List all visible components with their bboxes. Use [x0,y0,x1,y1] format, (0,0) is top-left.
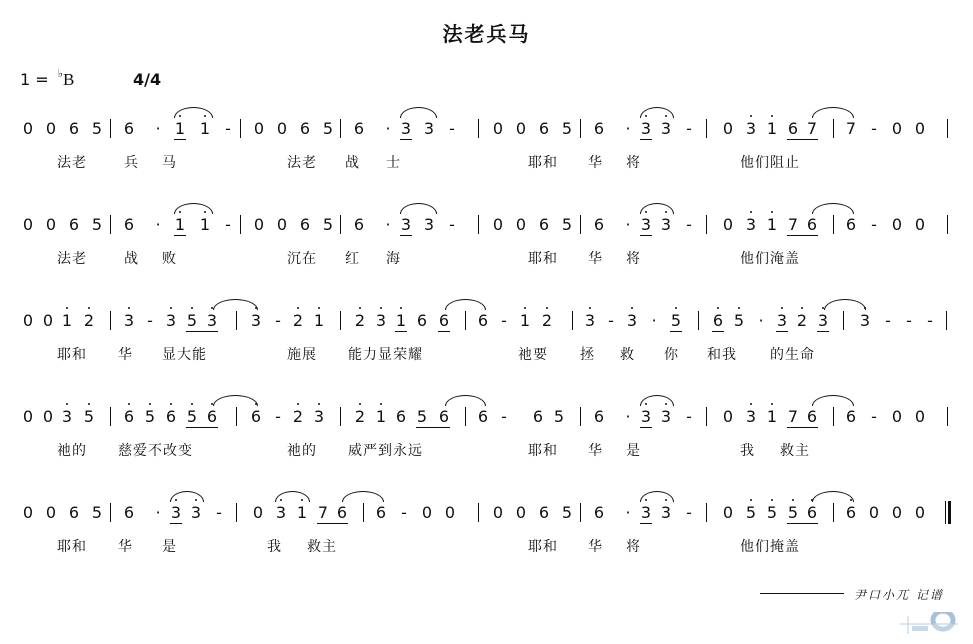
lyric: 红 [345,248,360,268]
octave-up-dot-icon [170,403,172,405]
note-value: 0 [254,119,264,138]
note: 3 [250,312,262,330]
barline [478,503,479,522]
note-value: - [686,215,692,234]
note-value: 0 [723,119,733,138]
note: 5 [416,408,428,426]
lyric: 的生命 [770,344,815,364]
note-value: 5 [187,407,197,426]
note-value: - [275,407,281,426]
note-value: 3 [401,215,411,234]
note-value: 1 [200,119,210,138]
octave-up-dot-icon [359,307,361,309]
note-value: 5 [92,215,102,234]
note-value: - [225,119,231,138]
key-prefix: 1 = [20,70,54,89]
note-value: - [147,311,153,330]
tie-slur-icon [640,107,674,118]
tie-slur-icon [640,203,674,214]
note: 1 [766,408,778,426]
note-value: 5 [767,503,777,522]
eighth-underline [174,139,186,140]
lyric: 祂的 [57,440,87,460]
note-value: 3 [746,119,756,138]
note: 5 [322,216,334,234]
octave-up-dot-icon [359,403,361,405]
lyric: 耶和 [528,152,558,172]
note: 0 [722,216,734,234]
note: 6 [806,216,818,234]
barline [478,215,479,234]
note: 6 [353,216,365,234]
note: 0 [914,408,926,426]
note: 0 [722,504,734,522]
eighth-underline [395,331,407,332]
note-value: 3 [661,119,671,138]
octave-up-dot-icon [738,307,740,309]
note-value: 6 [807,503,817,522]
note: 0 [722,120,734,138]
note-value: 5 [92,119,102,138]
barline [706,407,707,426]
note-value: 6 [594,119,604,138]
note-value: 6 [439,311,449,330]
note-value: 0 [723,503,733,522]
note: 5 [561,216,573,234]
note: 0 [914,216,926,234]
note-value: - [449,215,455,234]
dot-mark: · [152,504,164,522]
note-value: 6 [478,407,488,426]
octave-up-dot-icon [589,307,591,309]
note-value: · [651,311,656,330]
note: 0 [22,216,34,234]
note: 6 [250,408,262,426]
note: 0 [914,504,926,522]
note-value: · [385,119,390,138]
tie-slur-icon [174,107,213,118]
note: 0 [492,120,504,138]
note: 1 [395,312,407,330]
note: 6 [68,504,80,522]
beam-underline [317,523,348,524]
note: 6 [353,120,365,138]
lyric: 海 [386,248,401,268]
octave-up-dot-icon [128,307,130,309]
note: 1 [375,408,387,426]
sustain-dash: - [213,504,225,522]
note: 0 [42,312,54,330]
note-value: 5 [187,311,197,330]
note-value: 0 [516,215,526,234]
octave-up-dot-icon [66,403,68,405]
note-value: 6 [354,119,364,138]
note-value: 6 [807,407,817,426]
note: 6 [593,120,605,138]
note-value: - [885,311,891,330]
note-value: 6 [594,407,604,426]
note-value: 5 [746,503,756,522]
note: 3 [400,120,412,138]
sustain-dash: - [498,312,510,330]
note-value: 1 [520,311,530,330]
note-value: 6 [69,215,79,234]
lyric: 能力显荣耀 [348,344,423,364]
octave-up-dot-icon [546,307,548,309]
lyric: 他们淹盖 [740,248,800,268]
barline [580,119,581,138]
lyric: 华 [588,152,603,172]
note: 2 [796,312,808,330]
note: 6 [375,504,387,522]
barline [833,407,834,426]
note-value: - [608,311,614,330]
note: 0 [45,216,57,234]
note-value: 0 [23,215,33,234]
note-value: 6 [300,119,310,138]
note: 7 [787,408,799,426]
note-value: 0 [277,119,287,138]
lyric: 华 [588,536,603,556]
lyric: 士 [386,152,401,172]
note: 6 [123,120,135,138]
note: 2 [83,312,95,330]
octave-up-dot-icon [675,307,677,309]
lyric: 和我 [707,344,737,364]
note: 7 [845,120,857,138]
note-value: 3 [661,503,671,522]
tie-slur-icon [213,395,258,406]
lyric: 是 [162,536,177,556]
tie-slur-icon [640,395,674,406]
lyric: 华 [118,536,133,556]
octave-up-dot-icon [771,115,773,117]
note-value: · [625,215,630,234]
note-value: 0 [23,503,33,522]
note-value: 7 [318,503,328,522]
note-value: 7 [807,119,817,138]
note: 3 [745,120,757,138]
lyric: 救 [620,344,635,364]
sustain-dash: - [272,408,284,426]
transcriber-credit: 尹口小兀 记谱 [854,586,944,603]
lyric: 将 [626,248,641,268]
note-value: 6 [124,503,134,522]
note-value: 3 [314,407,324,426]
note: 3 [423,120,435,138]
note: 0 [492,504,504,522]
note: 3 [123,312,135,330]
note: 3 [61,408,73,426]
note: 6 [395,408,407,426]
note-value: 0 [892,215,902,234]
note: 1 [313,312,325,330]
note-value: - [906,311,912,330]
lyric: 华 [588,440,603,460]
lyric: 战 [345,152,360,172]
note-value: 3 [207,311,217,330]
sustain-dash: - [683,504,695,522]
lyric: 救主 [307,536,337,556]
note: 0 [253,120,265,138]
note-value: 3 [424,215,434,234]
octave-up-dot-icon [771,403,773,405]
barline [236,503,237,522]
note-value: 7 [846,119,856,138]
note: 3 [660,504,672,522]
lyric: 拯 [580,344,595,364]
note: 5 [766,504,778,522]
note-value: 3 [641,407,651,426]
barline [698,311,699,330]
note: 0 [891,120,903,138]
note: 0 [42,408,54,426]
sustain-dash: - [683,120,695,138]
note: 6 [712,312,724,330]
sustain-dash: - [222,216,234,234]
note: 6 [438,312,450,330]
tie-slur-icon [445,395,486,406]
note-value: 6 [396,407,406,426]
note-value: · [625,503,630,522]
note-value: · [155,503,160,522]
barline [580,407,581,426]
note-value: - [871,119,877,138]
lyric: 战 [124,248,139,268]
note-value: 1 [200,215,210,234]
note-value: 6 [539,503,549,522]
key-note: B [63,70,74,89]
octave-up-dot-icon [318,403,320,405]
note: 1 [766,120,778,138]
tie-slur-icon [174,203,213,214]
barline [706,119,707,138]
note-value: - [225,215,231,234]
note-value: · [155,119,160,138]
note: 2 [354,408,366,426]
note: 1 [61,312,73,330]
octave-up-dot-icon [717,307,719,309]
note-value: 6 [846,503,856,522]
note: 3 [745,408,757,426]
barline [240,215,241,234]
note: 5 [91,120,103,138]
note-value: 0 [46,119,56,138]
note-value: 0 [516,119,526,138]
note: 0 [45,504,57,522]
note-value: 3 [585,311,595,330]
note: 0 [22,408,34,426]
sustain-dash: - [924,312,936,330]
octave-up-dot-icon [801,307,803,309]
eighth-underline [670,331,682,332]
note-value: 3 [124,311,134,330]
eighth-underline [174,235,186,236]
lyric: 败 [162,248,177,268]
octave-up-dot-icon [400,307,402,309]
note-value: - [501,407,507,426]
lyric: 将 [626,152,641,172]
credit-divider [760,593,844,594]
note-value: 5 [562,215,572,234]
octave-up-dot-icon [524,307,526,309]
sustain-dash: - [398,504,410,522]
note-value: 5 [92,503,102,522]
note-value: 0 [445,503,455,522]
note: 0 [276,120,288,138]
note-value: 1 [175,215,185,234]
note: 6 [845,504,857,522]
barline [946,311,947,330]
note-value: 6 [539,215,549,234]
note-value: 0 [422,503,432,522]
octave-up-dot-icon [792,499,794,501]
octave-up-dot-icon [771,211,773,213]
lyric: 法老 [57,152,87,172]
sustain-dash: - [222,120,234,138]
note: 0 [515,216,527,234]
octave-up-dot-icon [88,403,90,405]
octave-up-dot-icon [750,211,752,213]
note-value: 3 [62,407,72,426]
note-value: 1 [767,119,777,138]
note: 1 [174,120,186,138]
note-value: 6 [533,407,543,426]
eighth-underline [817,331,829,332]
lyric: 威严到永远 [348,440,423,460]
note-value: 0 [892,119,902,138]
sustain-dash: - [868,120,880,138]
lyric: 华 [588,248,603,268]
note: 5 [322,120,334,138]
dot-mark: · [755,312,767,330]
dot-mark: · [622,504,634,522]
eighth-underline [438,331,450,332]
barline [843,311,844,330]
note-value: 3 [251,311,261,330]
note: 2 [292,408,304,426]
note-value: 5 [323,215,333,234]
note: 5 [745,504,757,522]
note-value: 6 [124,119,134,138]
note: 6 [787,120,799,138]
note: 0 [444,504,456,522]
lyric: 兵 [124,152,139,172]
note-value: 1 [767,407,777,426]
note: 3 [640,504,652,522]
octave-up-dot-icon [750,115,752,117]
score-row: 00656·11-00656·33-00656·33-031677-00法老兵马… [0,102,973,182]
note-value: - [686,119,692,138]
sustain-dash: - [903,312,915,330]
note-value: 3 [376,311,386,330]
note-value: · [385,215,390,234]
barline [340,311,341,330]
note: 0 [421,504,433,522]
note: 6 [538,216,550,234]
note-value: 0 [253,503,263,522]
barline [947,407,948,426]
note: 0 [868,504,880,522]
note: 3 [206,312,218,330]
note: 6 [538,504,550,522]
note-value: 0 [277,215,287,234]
beam-underline [416,427,450,428]
barline [240,119,241,138]
note-value: 6 [807,215,817,234]
note-value: 3 [641,119,651,138]
lyric: 他们掩盖 [740,536,800,556]
time-signature: 4/4 [133,70,161,89]
barline [110,215,111,234]
note: 5 [83,408,95,426]
octave-up-dot-icon [318,307,320,309]
tie-slur-icon [400,107,437,118]
tie-slur-icon [170,491,204,502]
eighth-underline [640,235,652,236]
sustain-dash: - [882,312,894,330]
lyric: 将 [626,536,641,556]
lyric: 耶和 [528,536,558,556]
note: 6 [299,216,311,234]
note: 0 [45,120,57,138]
barline [110,407,111,426]
note-value: 5 [671,311,681,330]
note-value: 7 [788,407,798,426]
note: 0 [22,504,34,522]
octave-up-dot-icon [750,403,752,405]
note: 6 [593,216,605,234]
barline [340,119,341,138]
note: 6 [336,504,348,522]
note-value: - [501,311,507,330]
note-value: 2 [355,407,365,426]
note-value: 2 [84,311,94,330]
octave-up-dot-icon [88,307,90,309]
octave-up-dot-icon [631,307,633,309]
note: 5 [553,408,565,426]
tie-slur-icon [812,107,854,118]
sustain-dash: - [498,408,510,426]
tie-slur-icon [342,491,384,502]
tie-slur-icon [213,299,258,310]
note: 0 [515,504,527,522]
key-signature: 1 = ♭B [20,70,74,90]
note: 6 [206,408,218,426]
tie-slur-icon [812,491,854,502]
note: 6 [593,504,605,522]
barline [572,311,573,330]
note: 5 [144,408,156,426]
note: 5 [561,120,573,138]
note-value: 6 [788,119,798,138]
note: 0 [722,408,734,426]
note: 6 [165,408,177,426]
lyric: 华 [118,344,133,364]
note: 3 [375,312,387,330]
note-value: · [758,311,763,330]
note-value: 6 [846,215,856,234]
note: 6 [538,120,550,138]
octave-up-dot-icon [128,403,130,405]
barline [340,407,341,426]
note: 5 [733,312,745,330]
tie-slur-icon [812,203,854,214]
barline [478,119,479,138]
lyric: 耶和 [528,440,558,460]
note: 3 [640,408,652,426]
barline [833,503,834,522]
